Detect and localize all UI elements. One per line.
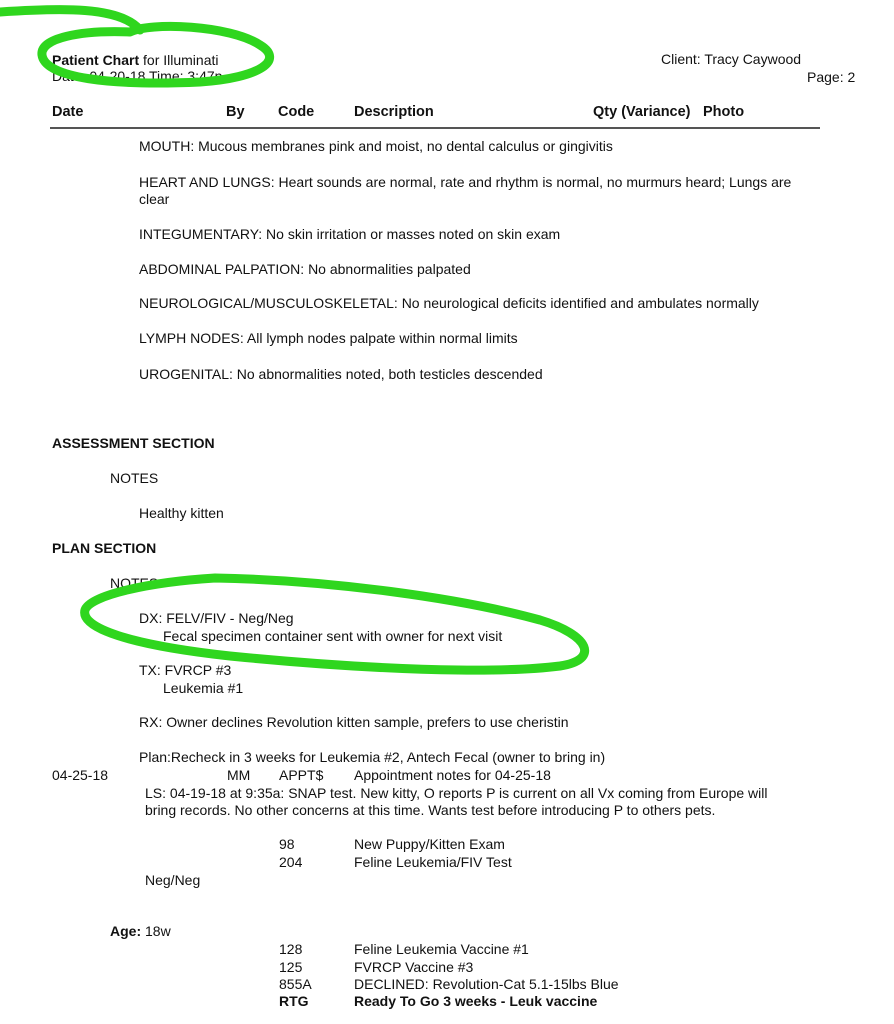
plan-tx-detail: Leukemia #1 — [163, 680, 243, 697]
patient-age: Age: 18w — [110, 923, 171, 940]
age-label: Age: — [110, 923, 141, 939]
line-item-code: RTG — [279, 993, 309, 1010]
line-item-description: Feline Leukemia Vaccine #1 — [354, 941, 529, 958]
line-item-description: Ready To Go 3 weeks - Leuk vaccine — [354, 993, 597, 1010]
exam-lymph-nodes: LYMPH NODES: All lymph nodes palpate wit… — [139, 330, 518, 347]
exam-abdominal: ABDOMINAL PALPATION: No abnormalities pa… — [139, 261, 471, 278]
plan-dx: DX: FELV/FIV - Neg/Neg — [139, 610, 294, 627]
line-item-description: FVRCP Vaccine #3 — [354, 959, 473, 976]
assessment-notes: Healthy kitten — [139, 505, 224, 522]
client-name: Client: Tracy Caywood — [661, 51, 801, 68]
chart-title: Patient Chart for Illuminati — [52, 52, 218, 69]
entry-code: APPT$ — [279, 767, 323, 784]
entry-date: 04-25-18 — [52, 767, 108, 784]
plan-heading: PLAN SECTION — [52, 540, 156, 557]
line-item-code: 98 — [279, 836, 295, 853]
plan-notes-label: NOTES — [110, 575, 158, 592]
plan-tx: TX: FVRCP #3 — [139, 662, 231, 679]
chart-date-time: Date: 04-20-18 Time: 3:47p — [52, 68, 222, 85]
line-item-description: DECLINED: Revolution-Cat 5.1-15lbs Blue — [354, 976, 619, 993]
assessment-notes-label: NOTES — [110, 470, 158, 487]
chart-title-bold: Patient Chart — [52, 52, 139, 68]
column-photo: Photo — [703, 104, 744, 121]
line-item-code: 125 — [279, 959, 302, 976]
plan-rx: RX: Owner declines Revolution kitten sam… — [139, 714, 569, 731]
exam-heart-lungs: HEART AND LUNGS: Heart sounds are normal… — [139, 174, 809, 208]
entry-by: MM — [227, 767, 250, 784]
line-item-code: 204 — [279, 854, 302, 871]
exam-mouth: MOUTH: Mucous membranes pink and moist, … — [139, 138, 613, 155]
test-result: Neg/Neg — [145, 872, 200, 889]
column-date: Date — [52, 104, 83, 121]
entry-ls-line-2: bring records. No other concerns at this… — [145, 802, 715, 819]
exam-integumentary: INTEGUMENTARY: No skin irritation or mas… — [139, 226, 560, 243]
assessment-heading: ASSESSMENT SECTION — [52, 435, 215, 452]
line-item-code: 855A — [279, 976, 312, 993]
exam-neuro-musculoskeletal: NEUROLOGICAL/MUSCULOSKELETAL: No neurolo… — [139, 295, 759, 312]
age-value: 18w — [141, 923, 171, 939]
line-item-description: New Puppy/Kitten Exam — [354, 836, 505, 853]
entry-ls-line-1: LS: 04-19-18 at 9:35a: SNAP test. New ki… — [145, 785, 768, 802]
page-number: Page: 2 — [807, 69, 855, 86]
column-description: Description — [354, 104, 434, 121]
entry-description: Appointment notes for 04-25-18 — [354, 767, 551, 784]
exam-urogenital: UROGENITAL: No abnormalities noted, both… — [139, 366, 543, 383]
line-item-description: Feline Leukemia/FIV Test — [354, 854, 512, 871]
header-divider — [50, 127, 820, 129]
line-item-code: 128 — [279, 941, 302, 958]
plan-dx-detail: Fecal specimen container sent with owner… — [163, 628, 502, 645]
chart-title-patient: for Illuminati — [139, 52, 218, 68]
column-qty-variance: Qty (Variance) — [593, 104, 691, 121]
plan-recheck: Plan:Recheck in 3 weeks for Leukemia #2,… — [139, 749, 605, 766]
column-by: By — [226, 104, 245, 121]
column-code: Code — [278, 104, 314, 121]
